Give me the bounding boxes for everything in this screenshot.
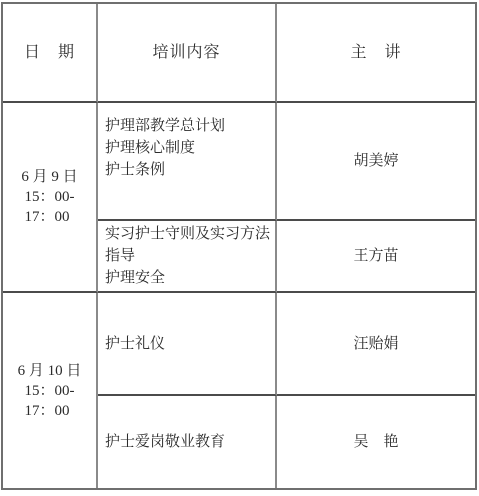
speaker-name: 胡美婷 [353,150,398,172]
speaker-cell-session4: 吴 艳 [277,396,475,488]
content-line: 护理安全 [105,267,271,289]
date-cell-june10: 6 月 10 日 15：00- 17：00 [3,293,98,488]
speaker-cell-session3: 汪贻娟 [277,293,475,396]
content-line: 护士礼仪 [105,333,271,355]
speaker-name: 吴 艳 [353,431,398,453]
content-cell-session3: 护士礼仪 [98,293,277,396]
content-line: 护理核心制度 [105,137,271,159]
speaker-name: 汪贻娟 [353,333,398,355]
content-cell-session2: 实习护士守则及实习方法 指导 护理安全 [98,221,277,293]
time-end: 17：00 [25,207,70,227]
time-range: 15：00- 17：00 [25,381,75,421]
speaker-cell-session2: 王方苗 [277,221,475,293]
content-line: 指导 [105,245,271,267]
time-range: 15：00- 17：00 [25,187,75,227]
content-line: 护理部教学总计划 [105,115,271,137]
time-start: 15：00- [25,187,75,207]
header-date-label: 日 期 [24,42,75,64]
speaker-name: 王方苗 [353,245,398,267]
training-schedule-table: 日 期 培训内容 主 讲 6 月 9 日 15：00- 17：00 护理部教学总… [1,2,477,490]
time-start: 15：00- [25,381,75,401]
content-line: 实习护士守则及实习方法 [105,223,271,245]
content-line: 护士条例 [105,159,271,181]
speaker-cell-session1: 胡美婷 [277,103,475,221]
header-cell-date: 日 期 [3,4,98,103]
date-text: 6 月 10 日 [18,361,82,381]
header-cell-content: 培训内容 [98,4,277,103]
time-end: 17：00 [25,401,70,421]
content-cell-session4: 护士爱岗敬业教育 [98,396,277,488]
content-cell-session1: 护理部教学总计划 护理核心制度 护士条例 [98,103,277,221]
date-text: 6 月 9 日 [21,167,77,187]
header-cell-speaker: 主 讲 [277,4,475,103]
date-cell-june9: 6 月 9 日 15：00- 17：00 [3,103,98,293]
content-line: 护士爱岗敬业教育 [105,431,271,453]
header-content-label: 培训内容 [152,42,220,64]
header-speaker-label: 主 讲 [350,42,401,64]
